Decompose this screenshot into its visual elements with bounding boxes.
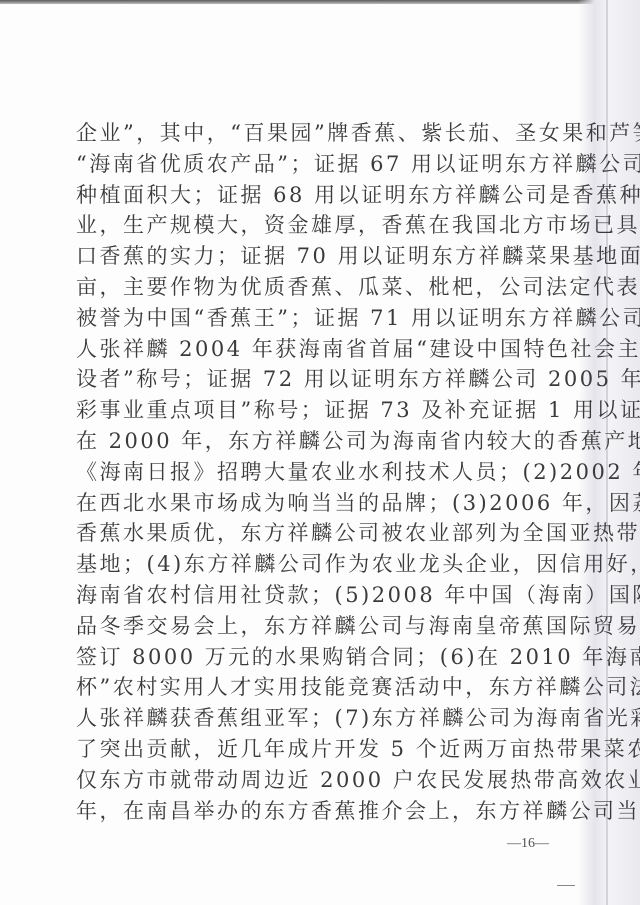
- text-line: 签订 8000 万元的水果购销合同；(6)在 2010 年海南省首届“农垦: [76, 642, 568, 673]
- text-line: 年，在南昌举办的东方香蕉推介会上，东方祥麟公司当场与江西: [76, 796, 568, 827]
- text-line: 亩，主要作物为优质香蕉、瓜菜、枇杷，公司法定代表人张祥麟: [76, 272, 568, 303]
- text-line: 品冬季交易会上，东方祥麟公司与海南皇帝蕉国际贸易有限公司: [76, 611, 568, 642]
- text-line: 人张祥麟 2004 年获海南省首届“建设中国特色社会主义事业建: [76, 334, 568, 365]
- body-text: 企业”，其中，“百果园”牌香蕉、紫长茄、圣女果和芦笋被评为 “海南省优质农产品”…: [76, 118, 568, 826]
- text-line: 彩事业重点项目”称号；证据 73 及补充证据 1 用以证明：(1)早: [76, 395, 568, 426]
- text-line: 杯”农村实用人才实用技能竞赛活动中，东方祥麟公司法定代表: [76, 672, 568, 703]
- text-line: 在西北水果市场成为响当当的品牌；(3)2006 年，因荔枝、龙眼、: [76, 488, 568, 519]
- text-line: 《海南日报》招聘大量农业水利技术人员；(2)2002 年，“百果园”: [76, 457, 568, 488]
- text-line: 了突出贡献，近几年成片开发 5 个近两万亩热带果菜农业基地，: [76, 734, 568, 765]
- page-number: —16—: [507, 836, 549, 852]
- text-line: 种植面积大；证据 68 用以证明东方祥麟公司是香蕉种植龙头企: [76, 180, 568, 211]
- text-line: 人张祥麟获香蕉组亚军；(7)东方祥麟公司为海南省光彩事业作出: [76, 703, 568, 734]
- text-line: 仅东方市就带动周边近 2000 户农民发展热带高效农业；(8)2012: [76, 765, 568, 796]
- text-line: 在 2000 年，东方祥麟公司为海南省内较大的香蕉产地，并通过: [76, 426, 568, 457]
- corner-mark: [557, 885, 575, 886]
- text-line: 口香蕉的实力；证据 70 用以证明东方祥麟菜果基地面积 2 万多: [76, 241, 568, 272]
- text-line: 海南省农村信用社贷款；(5)2008 年中国（海南）国际热带农产: [76, 580, 568, 611]
- text-line: 香蕉水果质优，东方祥麟公司被农业部列为全国亚热带作物名优: [76, 518, 568, 549]
- text-line: 设者”称号；证据 72 用以证明东方祥麟公司 2005 年获“全国光: [76, 364, 568, 395]
- text-line: 基地；(4)东方祥麟公司作为农业龙头企业，因信用好，多次获批: [76, 549, 568, 580]
- text-line: 被誉为中国“香蕉王”；证据 71 用以证明东方祥麟公司法定代表: [76, 303, 568, 334]
- text-line: 企业”，其中，“百果园”牌香蕉、紫长茄、圣女果和芦笋被评为: [76, 118, 568, 149]
- text-line: 业，生产规模大，资金雄厚，香蕉在我国北方市场已具有抗衡进: [76, 210, 568, 241]
- text-line: “海南省优质农产品”；证据 67 用以证明东方祥麟公司菜果基地: [76, 149, 568, 180]
